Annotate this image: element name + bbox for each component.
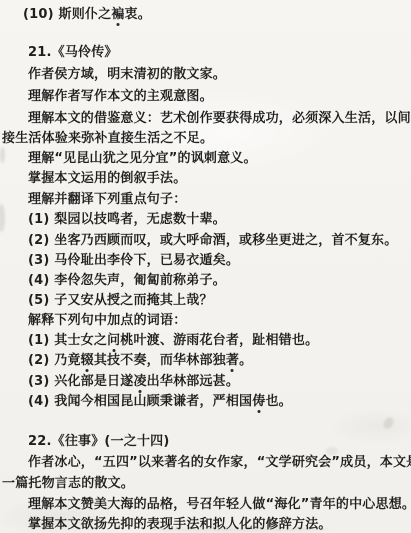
text-line: 理解并翻译下列重点句子： — [28, 192, 186, 208]
scan-artifact — [0, 204, 5, 232]
scan-artifact — [326, 447, 338, 455]
text-line: 理解“见昆山犹之见分宜”的讽刺意义。 — [28, 151, 257, 167]
emphasized-char: 著 — [226, 353, 239, 368]
text-line: 作者冰心，“五四”以来著名的女作家，“文学研究会”成员，本文是 — [28, 455, 411, 471]
text-line: (1) 梨园以技鸣者，无虑数十辈。 — [28, 212, 226, 228]
text-line: (2) 乃竟辍其技不奏，而华林部独著。 — [28, 353, 252, 369]
text-line: 作者侯方域，明末清初的散文家。 — [28, 67, 226, 83]
text-line: (10) 斯则仆之褊衷。 — [23, 7, 151, 23]
text-line: (2) 坐客乃西顾而叹，或大呼命酒，或移坐更进之，首不复东。 — [28, 233, 397, 249]
text-line: (3) 兴化部是日遂凌出华林部远甚。 — [28, 374, 239, 390]
scan-artifact — [382, 416, 396, 431]
emphasized-char: 俦 — [252, 394, 265, 409]
emphasized-char: 褊 — [111, 7, 124, 22]
text-line: 掌握本文欲扬先抑的表现手法和拟人化的修辞方法。 — [28, 517, 332, 533]
document-page: (10) 斯则仆之褊衷。21.《马伶传》作者侯方域，明末清初的散文家。理解作者写… — [0, 0, 411, 533]
text-line: 21.《马伶传》 — [28, 45, 118, 61]
text-line: (5) 子又安从授之而掩其上哉？ — [28, 293, 213, 309]
text-line: 理解本文的借鉴意义：艺术创作要获得成功，必须深入生活，以间 — [28, 111, 411, 127]
scan-artifact — [0, 147, 5, 163]
text-line: 理解作者写作本文的主观意图。 — [28, 89, 213, 105]
emphasized-char: 凌 — [133, 374, 146, 389]
emphasized-char: 辍 — [81, 353, 94, 368]
text-line: (4) 我闻今相国昆山顾秉谦者，严相国俦也。 — [28, 394, 292, 410]
text-line: 接生活体验来弥补直接生活之不足。 — [2, 131, 213, 147]
text-line: (4) 李伶忽失声，匍匐前称弟子。 — [28, 273, 226, 289]
text-line: (1) 其士女之问桃叶渡、游雨花台者，趾相错也。 — [28, 333, 318, 349]
text-line: 理解本文赞美大海的品格，号召年轻人做“海化”青年的中心思想。 — [28, 497, 411, 513]
text-line: 22.《往事》(一之十四) — [28, 434, 170, 450]
text-line: (3) 马伶耻出李伶下，已易衣遁矣。 — [28, 253, 239, 269]
text-line: 解释下列句中加点的词语： — [28, 313, 186, 329]
emphasized-char: 问 — [107, 333, 120, 348]
text-line: 掌握本文运用的倒叙手法。 — [28, 171, 186, 187]
text-line: 一篇托物言志的散文。 — [2, 476, 134, 492]
